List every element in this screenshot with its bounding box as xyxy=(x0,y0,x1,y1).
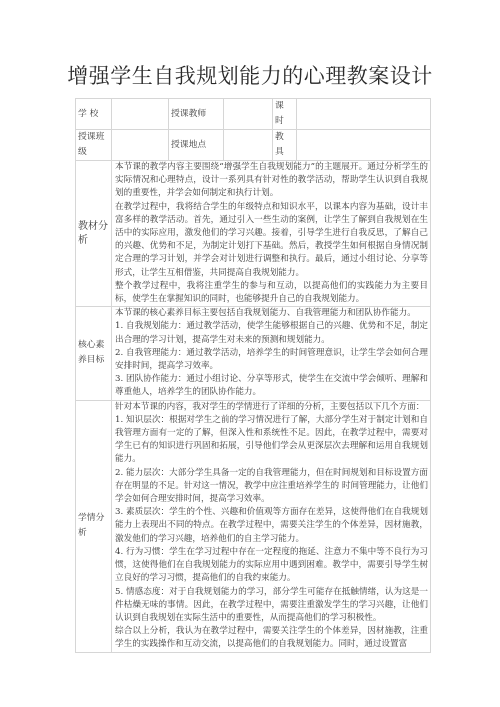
paragraph: 本节课的教学内容主要围绕“增强学生自我规划能力”的主题展开。通过分析学生的实际情… xyxy=(115,161,428,201)
header-row-1: 学 校 授课教师 课 时 xyxy=(76,99,431,130)
section-label-student-analysis: 学情分析 xyxy=(76,400,112,652)
paragraph: 3. 素质层次：学生的个性、兴趣和价值观等方面存在差异，这使得他们在自我规划能力… xyxy=(115,506,428,546)
tools-value-cell[interactable] xyxy=(297,130,431,161)
teacher-value-cell[interactable] xyxy=(224,99,273,130)
tools-label: 教 具 xyxy=(273,130,297,161)
teacher-label: 授课教师 xyxy=(169,99,224,130)
paragraph: 3. 团队协作能力：通过小组讨论、分享等形式，使学生在交流中学会倾听、理解和尊重… xyxy=(115,373,428,399)
paragraph: 5. 情感态度：对于自我规划能力的学习，部分学生可能存在抵触情绪，认为这是一件枯… xyxy=(115,586,428,626)
class-value-cell[interactable] xyxy=(112,130,169,161)
period-value-cell[interactable] xyxy=(297,99,431,130)
location-label: 授课地点 xyxy=(169,130,224,161)
class-label: 授课班级 xyxy=(76,130,112,161)
paragraph: 1. 知识层次：根据对学生之前的学习情况进行了解，大部分学生对于制定计划和自我管… xyxy=(115,414,428,467)
paragraph: 本节课的核心素养目标主要包括自我规划能力、自我管理能力和团队协作能力。 xyxy=(115,307,428,320)
page-title: 增强学生自我规划能力的心理教案设计 xyxy=(0,60,500,90)
lesson-plan-table: 学 校 授课教师 课 时 授课班级 授课地点 教 具 教材分析 本节课的教学内容… xyxy=(75,98,431,653)
section-label-material-analysis: 教材分析 xyxy=(76,161,112,307)
paragraph: 综合以上分析，我认为在教学过程中，需要关注学生的个体差异，因材施教，注重学生的实… xyxy=(115,625,428,651)
section-content-material-analysis: 本节课的教学内容主要围绕“增强学生自我规划能力”的主题展开。通过分析学生的实际情… xyxy=(112,161,431,307)
school-label: 学 校 xyxy=(76,99,112,130)
section-row-core-competency: 核心素养目标 本节课的核心素养目标主要包括自我规划能力、自我管理能力和团队协作能… xyxy=(76,307,431,400)
paragraph: 2. 能力层次：大部分学生具备一定的自我管理能力，但在时间规划和目标设置方面存在… xyxy=(115,467,428,507)
section-row-student-analysis: 学情分析 针对本节课的内容，我对学生的学情进行了详细的分析，主要包括以下几个方面… xyxy=(76,400,431,652)
section-content-core-competency: 本节课的核心素养目标主要包括自我规划能力、自我管理能力和团队协作能力。 1. 自… xyxy=(112,307,431,400)
paragraph: 4. 行为习惯：学生在学习过程中存在一定程度的拖延、注意力不集中等不良行为习惯，… xyxy=(115,546,428,586)
location-value-cell[interactable] xyxy=(224,130,273,161)
section-content-student-analysis: 针对本节课的内容，我对学生的学情进行了详细的分析，主要包括以下几个方面： 1. … xyxy=(112,400,431,652)
paragraph: 整个教学过程中，我将注重学生的参与和互动，以提高他们的实践能力为主要目标，使学生… xyxy=(115,280,428,306)
section-row-material-analysis: 教材分析 本节课的教学内容主要围绕“增强学生自我规划能力”的主题展开。通过分析学… xyxy=(76,161,431,307)
period-label: 课 时 xyxy=(273,99,297,130)
paragraph: 针对本节课的内容，我对学生的学情进行了详细的分析，主要包括以下几个方面： xyxy=(115,401,428,414)
paragraph: 1. 自我规划能力：通过教学活动，使学生能够根据自己的兴趣、优势和不足，制定出合… xyxy=(115,320,428,346)
section-label-core-competency: 核心素养目标 xyxy=(76,307,112,400)
paragraph: 在教学过程中，我将结合学生的年级特点和知识水平，以课本内容为基础，设计丰富多样的… xyxy=(115,201,428,280)
school-value-cell[interactable] xyxy=(112,99,169,130)
header-row-2: 授课班级 授课地点 教 具 xyxy=(76,130,431,161)
paragraph: 2. 自我管理能力：通过教学活动，培养学生的时间管理意识，让学生学会如何合理安排… xyxy=(115,347,428,373)
